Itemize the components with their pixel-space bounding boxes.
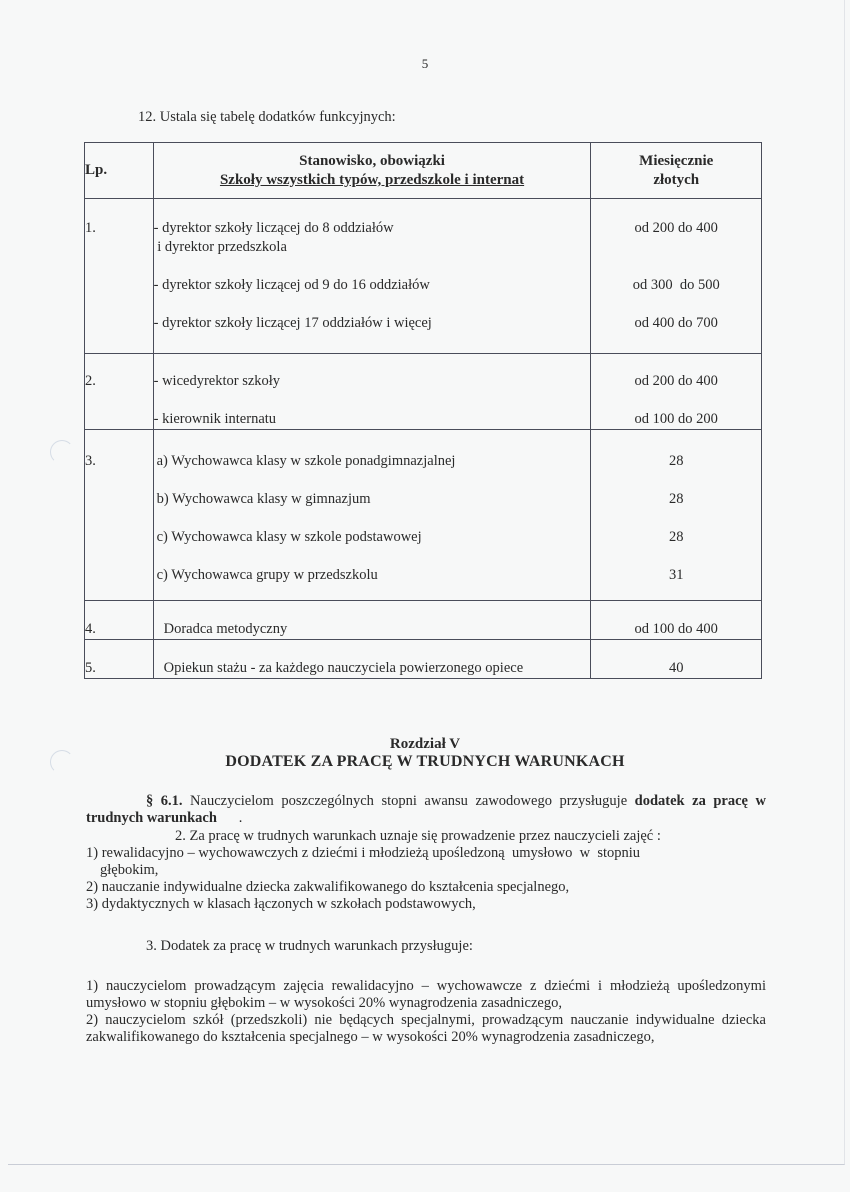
allowance-list: 1) nauczycielom prowadzącym zajęcia rewa…: [86, 978, 766, 1046]
amount-text: 28: [591, 452, 761, 471]
chapter-title: DODATEK ZA PRACĘ W TRUDNYCH WARUNKACH: [0, 753, 850, 771]
table-row: 2. - wicedyrektor szkoły - kierownik int…: [85, 354, 762, 430]
header-position-line2: Szkoły wszystkich typów, przedszkole i i…: [154, 171, 591, 190]
header-amount: Miesięcznie złotych: [591, 143, 762, 199]
amount-text: 28: [591, 528, 761, 547]
list-item: 1) nauczycielom prowadzącym zajęcia rewa…: [86, 978, 766, 1012]
conditions-list: 1) rewalidacyjno – wychowawczych z dzieć…: [86, 845, 766, 913]
row-number: 4.: [85, 620, 153, 639]
position-text: - dyrektor szkoły liczącej od 9 do 16 od…: [154, 276, 591, 295]
chapter-number: Rozdział V: [0, 736, 850, 753]
amount-text: od 200 do 400: [591, 219, 761, 238]
amount-text: 28: [591, 490, 761, 509]
section-6-paragraph-3: 3. Dodatek za pracę w trudnych warunkach…: [86, 938, 766, 955]
section-marker: § 6.1.: [146, 793, 183, 809]
amount-text: od 100 do 200: [591, 410, 761, 429]
table-row: 5. Opiekun stażu - za każdego nauczyciel…: [85, 640, 762, 679]
position-text: Opiekun stażu - za każdego nauczyciela p…: [164, 659, 591, 678]
position-text: c) Wychowawca grupy w przedszkolu: [157, 566, 591, 585]
page-number: 5: [0, 56, 850, 72]
list-item: 2) nauczanie indywidualne dziecka zakwal…: [86, 879, 766, 896]
amount-text: 40: [591, 659, 761, 678]
row-number: 3.: [85, 452, 153, 471]
amount-text: 31: [591, 566, 761, 585]
amount-text: od 100 do 400: [591, 620, 761, 639]
section-6-paragraph-1: § 6.1. Nauczycielom poszczególnych stopn…: [86, 793, 766, 827]
section-6-paragraph-2: 2. Za pracę w trudnych warunkach uznaje …: [86, 828, 766, 845]
header-lp: Lp.: [85, 143, 154, 199]
list-item-continuation: głębokim,: [86, 862, 766, 879]
position-text: - kierownik internatu: [154, 410, 591, 429]
position-text: Doradca metodyczny: [164, 620, 591, 639]
amount-text: od 300 do 500: [591, 276, 761, 295]
amount-text: od 400 do 700: [591, 314, 761, 333]
list-item: 3) dydaktycznych w klasach łączonych w s…: [86, 896, 766, 913]
table-header-row: Lp. Stanowisko, obowiązki Szkoły wszystk…: [85, 143, 762, 199]
row-number: 1.: [85, 219, 153, 238]
header-position: Stanowisko, obowiązki Szkoły wszystkich …: [153, 143, 591, 199]
list-item: 1) rewalidacyjno – wychowawczych z dzieć…: [86, 845, 766, 862]
header-amount-line2: złotych: [591, 171, 761, 190]
table-row: 3. a) Wychowawca klasy w szkole ponadgim…: [85, 430, 762, 601]
position-text: a) Wychowawca klasy w szkole ponadgimnaz…: [157, 452, 591, 471]
position-text: i dyrektor przedszkola: [154, 238, 591, 257]
row-number: 5.: [85, 659, 153, 678]
amount-text: od 200 do 400: [591, 372, 761, 391]
table-row: 4. Doradca metodyczny od 100 do 400: [85, 601, 762, 640]
row-number: 2.: [85, 372, 153, 391]
table-intro: 12. Ustala się tabelę dodatków funkcyjny…: [138, 109, 396, 126]
list-item: 2) nauczycielom szkół (przedszkoli) nie …: [86, 1012, 766, 1046]
position-text: - wicedyrektor szkoły: [154, 372, 591, 391]
position-text: c) Wychowawca klasy w szkole podstawowej: [157, 528, 591, 547]
allowance-table: Lp. Stanowisko, obowiązki Szkoły wszystk…: [84, 142, 762, 679]
punch-hole-mark: [50, 440, 74, 464]
header-amount-line1: Miesięcznie: [591, 152, 761, 171]
header-position-line1: Stanowisko, obowiązki: [154, 152, 591, 171]
position-text: - dyrektor szkoły liczącej do 8 oddziałó…: [154, 219, 591, 238]
table-row: 1. - dyrektor szkoły liczącej do 8 oddzi…: [85, 199, 762, 354]
position-text: b) Wychowawca klasy w gimnazjum: [157, 490, 591, 509]
position-text: - dyrektor szkoły liczącej 17 oddziałów …: [154, 314, 591, 333]
